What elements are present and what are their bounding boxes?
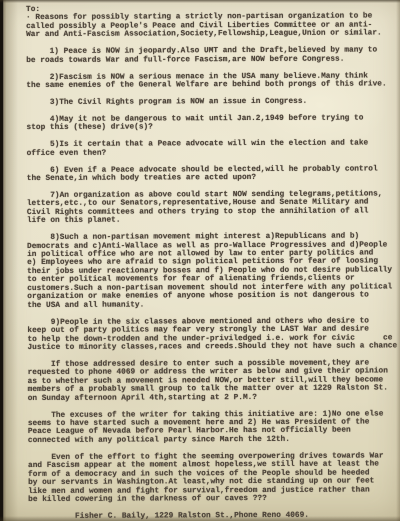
paragraph-point-6-senate-control: 6) Even if a Peace advocate should be el… xyxy=(27,165,400,184)
typed-text-block: To: · Reasons for possibly starting a st… xyxy=(26,4,400,521)
paragraph-point-9-six-classes: 9)People in the six classes above mentio… xyxy=(27,317,400,353)
right-page-edge xyxy=(396,0,400,521)
paragraph-point-7-start-now: 7)An organization as above could start N… xyxy=(27,190,400,226)
paragraph-point-5-election-uncertain: 5)Is it certain that a Peace advocate wi… xyxy=(27,139,400,158)
left-page-edge xyxy=(0,0,6,521)
paragraph-invitation-meeting: If those addressed desire to enter such … xyxy=(28,359,400,403)
paragraph-closing-appeal: Even of the effort to fight the seeming … xyxy=(28,452,400,504)
left-edge-shadow xyxy=(4,0,18,521)
paragraph-point-8-who-might-join: 8)Such a non-partisan movement might int… xyxy=(27,232,400,310)
scanned-letter-page: To: · Reasons for possibly starting a st… xyxy=(0,0,400,521)
paragraph-point-4-dangerous-to-wait: 4)May it not be dangerous to wait until … xyxy=(26,114,400,133)
paragraph-salutation-and-purpose: To: · Reasons for possibly starting a st… xyxy=(26,4,400,40)
paragraph-point-2-fascism-menace: 2)Fascism is NOW a serious menace in the… xyxy=(26,72,400,91)
paragraph-point-1-peace-jeopardy: 1) Peace is NOW in jeopardy.Also UMT and… xyxy=(26,47,400,66)
paragraph-writers-excuses: The excuses of the writer for taking thi… xyxy=(28,410,400,446)
top-page-edge xyxy=(0,0,400,3)
bottom-page-edge xyxy=(0,516,400,521)
paragraph-point-3-civil-rights: 3)The Civil Rights program is NOW an iss… xyxy=(26,97,400,107)
